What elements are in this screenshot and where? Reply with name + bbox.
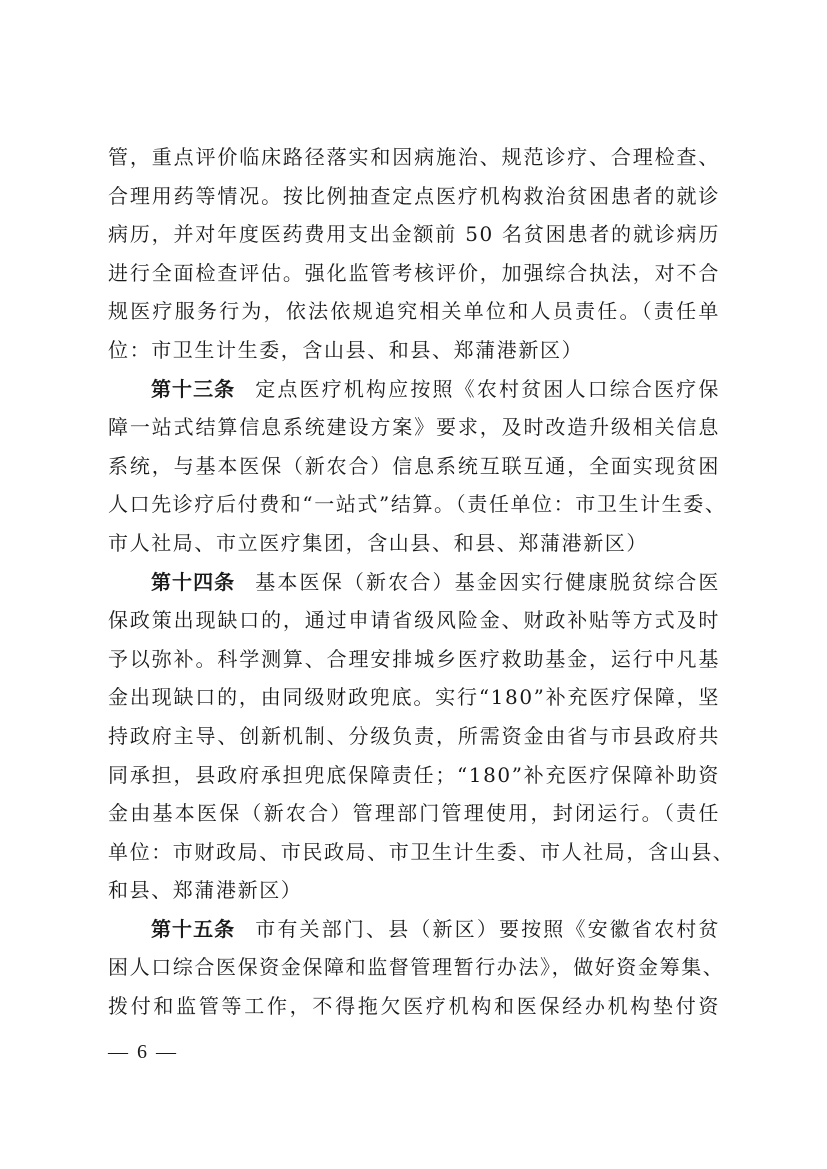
page-number: — 6 — bbox=[108, 1041, 178, 1064]
paragraph-continuation: 管，重点评价临床路径落实和因病施治、规范诊疗、合理检查、 合理用药等情况。按比例… bbox=[108, 138, 720, 370]
text-line: 规医疗服务行为，依法依规追究相关单位和人员责任。（责任单 bbox=[108, 292, 720, 331]
text-segment: 定点医疗机构应按照《农村贫困人口综合医疗保 bbox=[255, 377, 720, 401]
text-line: 保政策出现缺口的，通过申请省级风险金、财政补贴等方式及时 bbox=[108, 601, 720, 640]
text-line: 合理用药等情况。按比例抽查定点医疗机构救治贫困患者的就诊 bbox=[108, 177, 720, 216]
text-line: 拨付和监管等工作，不得拖欠医疗机构和医保经办机构垫付资 bbox=[108, 987, 720, 1026]
article-13: 第十三条定点医疗机构应按照《农村贫困人口综合医疗保 障一站式结算信息系统建设方案… bbox=[108, 370, 720, 563]
text-line: 病历，并对年度医药费用支出金额前 50 名贫困患者的就诊病历 bbox=[108, 215, 720, 254]
text-line: 金由基本医保（新农合）管理部门管理使用，封闭运行。（责任 bbox=[108, 794, 720, 833]
text-line: 同承担，县政府承担兜底保障责任；“180”补充医疗保障补助资 bbox=[108, 756, 720, 795]
document-page: 管，重点评价临床路径落实和因病施治、规范诊疗、合理检查、 合理用药等情况。按比例… bbox=[108, 138, 720, 1026]
text-line: 障一站式结算信息系统建设方案》要求，及时改造升级相关信息 bbox=[108, 408, 720, 447]
text-line-first: 第十三条定点医疗机构应按照《农村贫困人口综合医疗保 bbox=[108, 370, 720, 409]
text-line: 系统，与基本医保（新农合）信息系统互联互通，全面实现贫困 bbox=[108, 447, 720, 486]
text-line: 管，重点评价临床路径落实和因病施治、规范诊疗、合理检查、 bbox=[108, 138, 720, 177]
text-line: 持政府主导、创新机制、分级负责，所需资金由省与市县政府共 bbox=[108, 717, 720, 756]
text-line: 单位：市财政局、市民政局、市卫生计生委、市人社局，含山县、 bbox=[108, 833, 720, 872]
text-line: 予以弥补。科学测算、合理安排城乡医疗救助基金，运行中凡基 bbox=[108, 640, 720, 679]
text-line: 困人口综合医保资金保障和监督管理暂行办法》，做好资金筹集、 bbox=[108, 948, 720, 987]
article-number: 第十四条 bbox=[151, 570, 235, 594]
article-14: 第十四条基本医保（新农合）基金因实行健康脱贫综合医 保政策出现缺口的，通过申请省… bbox=[108, 563, 720, 910]
article-15: 第十五条市有关部门、县（新区）要按照《安徽省农村贫 困人口综合医保资金保障和监督… bbox=[108, 910, 720, 1026]
text-line: 人口先诊疗后付费和“一站式”结算。（责任单位：市卫生计生委、 bbox=[108, 485, 720, 524]
text-line: 进行全面检查评估。强化监管考核评价，加强综合执法，对不合 bbox=[108, 254, 720, 293]
text-line: 位：市卫生计生委，含山县、和县、郑蒲港新区） bbox=[108, 331, 720, 370]
article-number: 第十五条 bbox=[151, 917, 235, 941]
text-segment: 市有关部门、县（新区）要按照《安徽省农村贫 bbox=[255, 917, 720, 941]
text-line: 和县、郑蒲港新区） bbox=[108, 871, 720, 910]
article-number: 第十三条 bbox=[151, 377, 235, 401]
text-line-first: 第十四条基本医保（新农合）基金因实行健康脱贫综合医 bbox=[108, 563, 720, 602]
text-segment: 基本医保（新农合）基金因实行健康脱贫综合医 bbox=[255, 570, 720, 594]
text-line-first: 第十五条市有关部门、县（新区）要按照《安徽省农村贫 bbox=[108, 910, 720, 949]
text-line: 市人社局、市立医疗集团，含山县、和县、郑蒲港新区） bbox=[108, 524, 720, 563]
text-line: 金出现缺口的，由同级财政兜底。实行“180”补充医疗保障，坚 bbox=[108, 678, 720, 717]
